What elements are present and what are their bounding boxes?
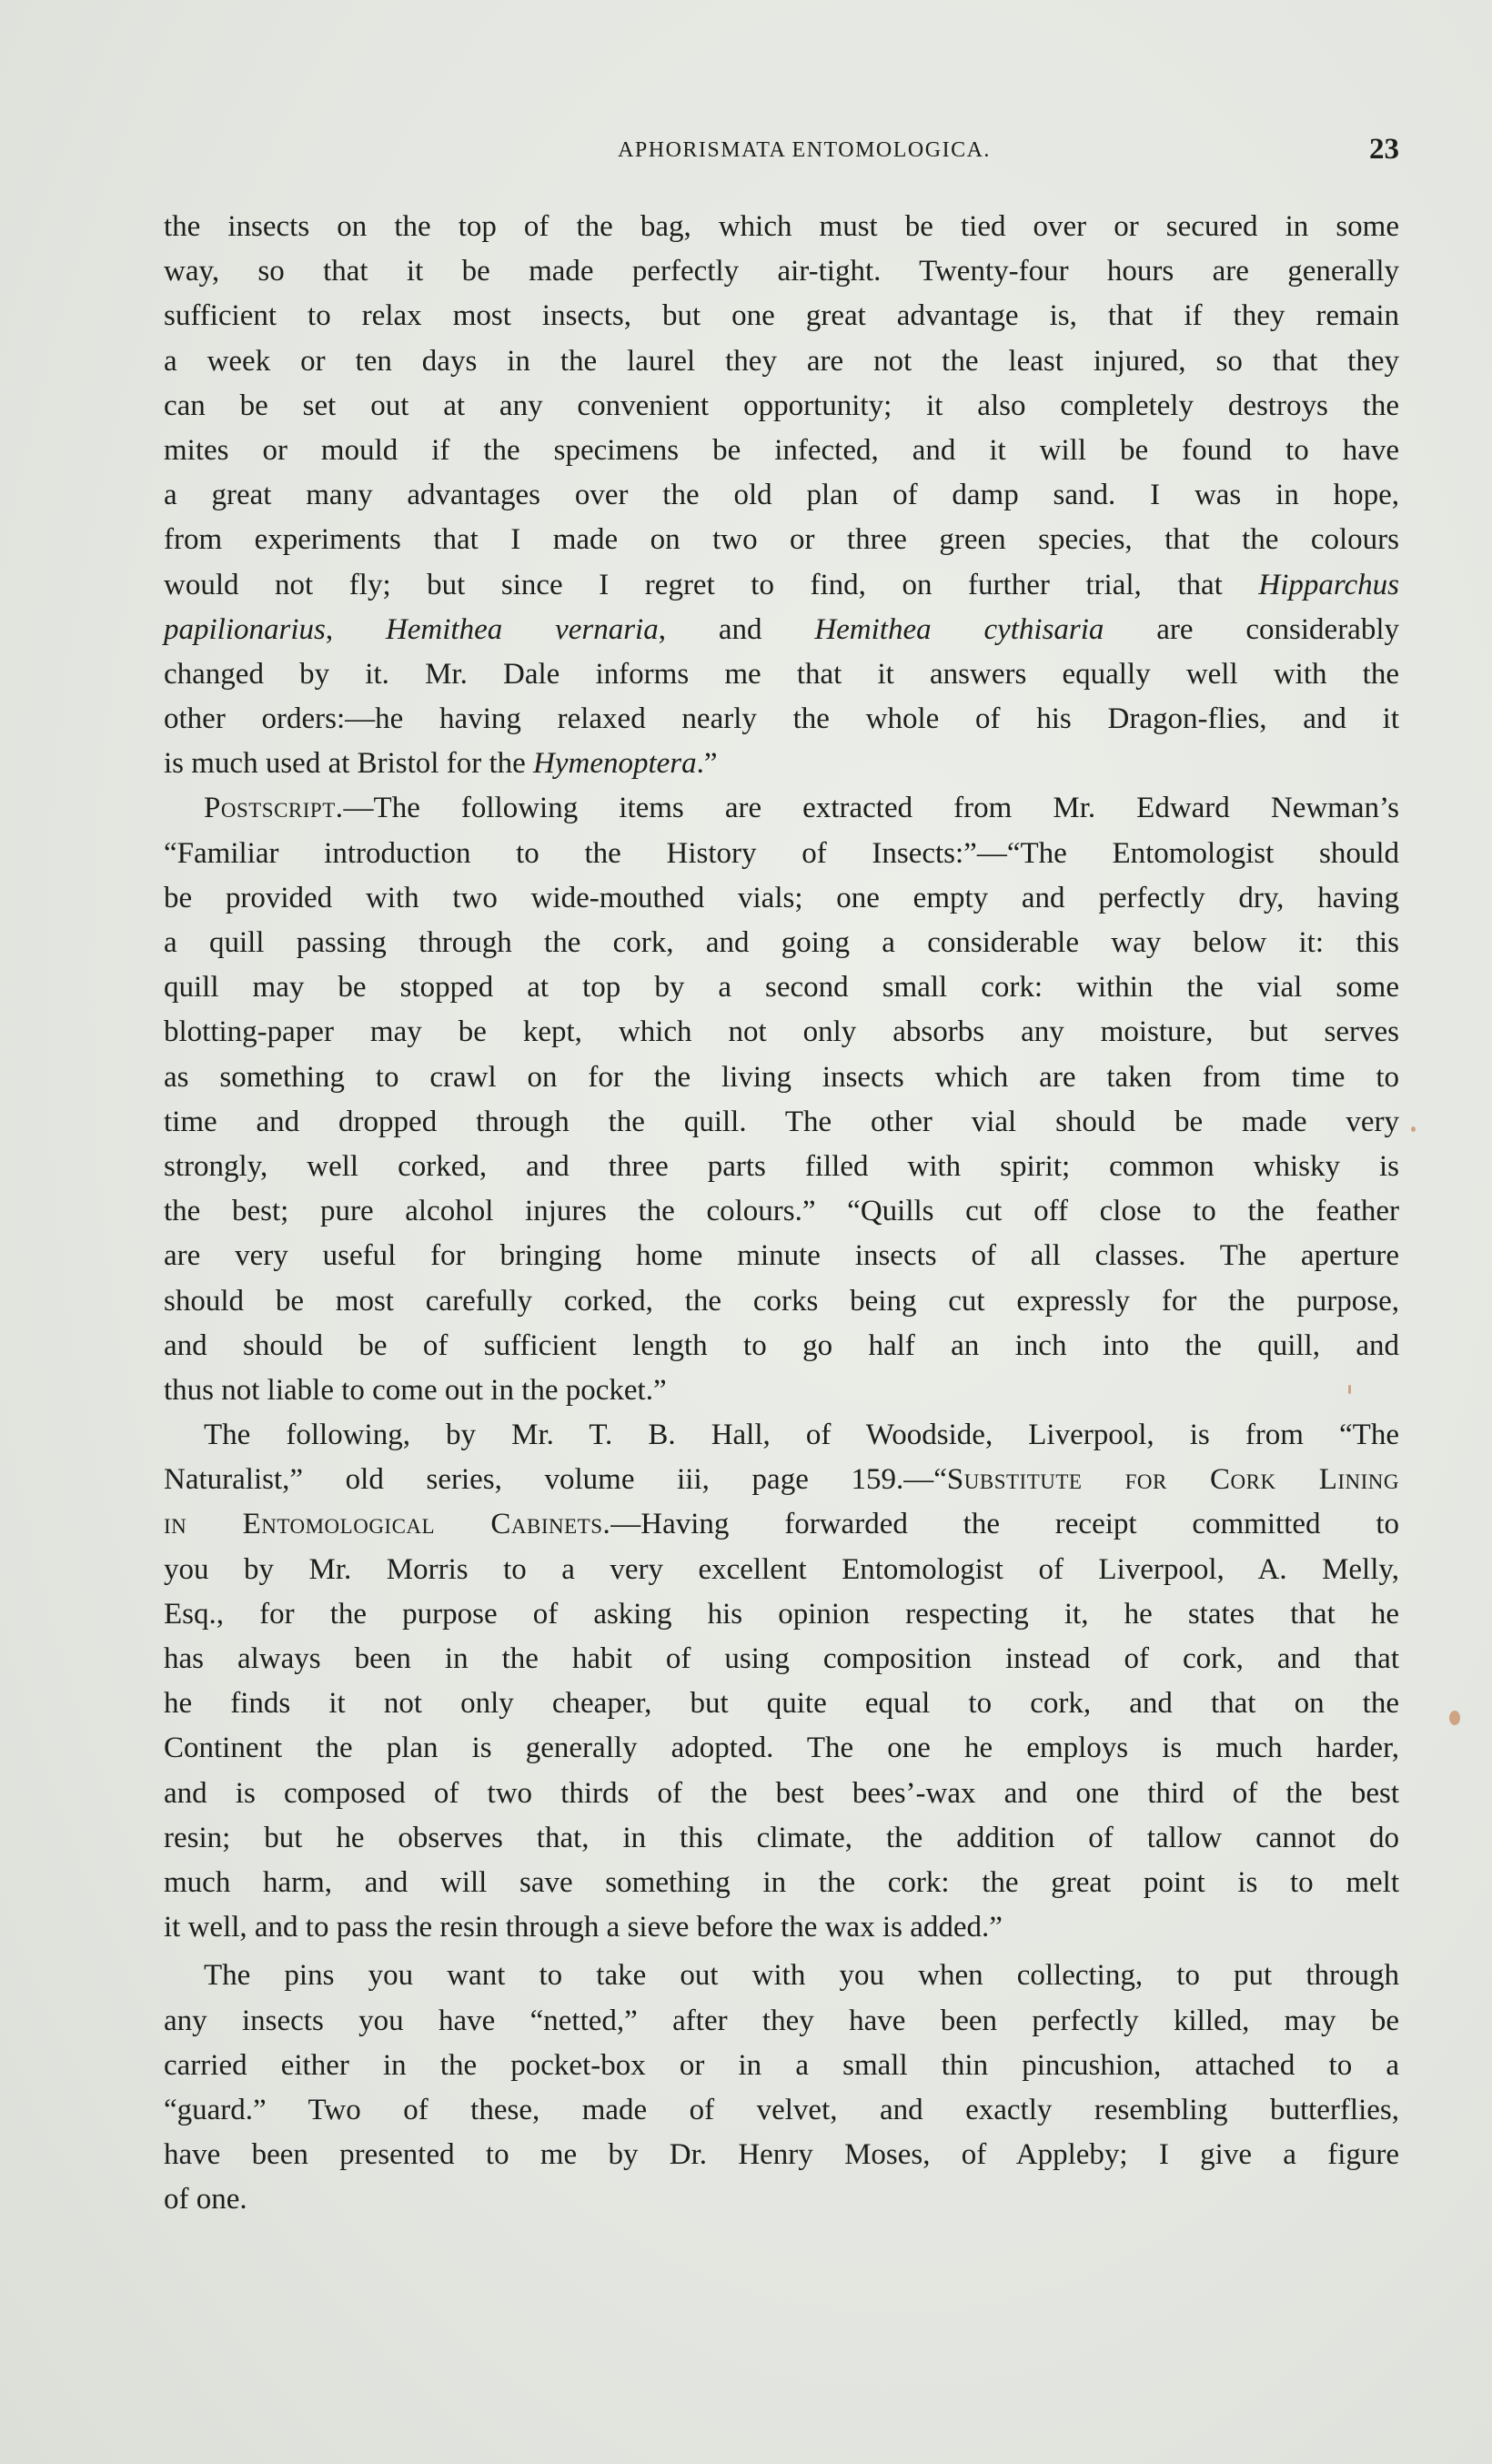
text-line: changed by it. Mr. Dale informs me that … xyxy=(164,652,1399,697)
text-line: he finds it not only cheaper, but quite … xyxy=(164,1681,1399,1726)
text-line: much harm, and will save something in th… xyxy=(164,1861,1399,1905)
text-line: resin; but he observes that, in this cli… xyxy=(164,1816,1399,1861)
page-number: 23 xyxy=(1369,133,1399,167)
text-line: time and dropped through the quill. The … xyxy=(164,1100,1399,1145)
text-line: other orders:—he having relaxed nearly t… xyxy=(164,697,1399,742)
paragraph-1: the insects on the top of the bag, which… xyxy=(164,205,1399,786)
species-name: Hipparchus xyxy=(1258,569,1399,601)
text-line: quill may be stopped at top by a second … xyxy=(164,965,1399,1010)
text-line: sufficient to relax most insects, but on… xyxy=(164,294,1399,338)
paper-speck xyxy=(1411,1126,1416,1132)
text-line: Continent the plan is generally adopted.… xyxy=(164,1726,1399,1771)
text-line: a great many advantages over the old pla… xyxy=(164,473,1399,518)
book-page: APHORISMATA ENTOMOLOGICA. 23 the insects… xyxy=(0,0,1492,2464)
text-run: would not fly; but since I regret to fin… xyxy=(164,569,1258,601)
text-line: from experiments that I made on two or t… xyxy=(164,518,1399,562)
text-line: Naturalist,” old series, volume iii, pag… xyxy=(164,1458,1399,1502)
paragraph-postscript: Postscript.—The following items are extr… xyxy=(164,786,1399,1413)
taxon-name: Hymenoptera xyxy=(533,747,697,780)
text-line: “guard.” Two of these, made of velvet, a… xyxy=(164,2088,1399,2133)
text-line: and should be of sufficient length to go… xyxy=(164,1324,1399,1368)
text-line: blotting-paper may be kept, which not on… xyxy=(164,1010,1399,1055)
text-line: the insects on the top of the bag, which… xyxy=(164,205,1399,249)
text-line: has always been in the habit of using co… xyxy=(164,1637,1399,1681)
postscript-label: Postscript. xyxy=(204,792,344,824)
text-line: is much used at Bristol for the Hymenopt… xyxy=(164,742,1399,786)
text-line: in Entomological Cabinets.—Having forwar… xyxy=(164,1502,1399,1547)
text-line: any insects you have “netted,” after the… xyxy=(164,1999,1399,2044)
paragraph-pins: The pins you want to take out with you w… xyxy=(164,1954,1399,2222)
text-run: —The following items are extracted from … xyxy=(344,792,1399,824)
text-line: have been presented to me by Dr. Henry M… xyxy=(164,2133,1399,2177)
species-name: Hemithea vernaria xyxy=(386,613,659,646)
species-name: Hemithea cythisaria xyxy=(814,613,1104,646)
text-line: are very useful for bringing home minute… xyxy=(164,1234,1399,1278)
text-run: —Having forwarded the receipt committed … xyxy=(610,1508,1399,1540)
text-run: is much used at Bristol for the xyxy=(164,747,533,780)
text-line: carried either in the pocket-box or in a… xyxy=(164,2044,1399,2088)
text-run: , xyxy=(326,613,386,646)
text-line: of one. xyxy=(164,2177,1399,2222)
body-text: the insects on the top of the bag, which… xyxy=(164,205,1399,2222)
text-line: The following, by Mr. T. B. Hall, of Woo… xyxy=(164,1413,1399,1458)
text-line: thus not liable to come out in the pocke… xyxy=(164,1368,1399,1413)
text-line: can be set out at any convenient opportu… xyxy=(164,384,1399,429)
text-line: “Familiar introduction to the History of… xyxy=(164,832,1399,876)
text-line: it well, and to pass the resin through a… xyxy=(164,1905,1399,1950)
text-line: papilionarius, Hemithea vernaria, and He… xyxy=(164,608,1399,652)
paper-speck xyxy=(1348,1385,1351,1394)
running-title: APHORISMATA ENTOMOLOGICA. xyxy=(164,138,1399,163)
text-line: a week or ten days in the laurel they ar… xyxy=(164,339,1399,384)
text-line: The pins you want to take out with you w… xyxy=(164,1954,1399,1998)
text-line: Postscript.—The following items are extr… xyxy=(164,786,1399,831)
text-line: would not fly; but since I regret to fin… xyxy=(164,563,1399,608)
section-heading: in Entomological Cabinets. xyxy=(164,1508,610,1540)
paragraph-hall: The following, by Mr. T. B. Hall, of Woo… xyxy=(164,1413,1399,1950)
text-line: and is composed of two thirds of the bes… xyxy=(164,1772,1399,1816)
text-line: strongly, well corked, and three parts f… xyxy=(164,1145,1399,1189)
text-line: Esq., for the purpose of asking his opin… xyxy=(164,1592,1399,1637)
text-run: .” xyxy=(697,747,718,780)
text-line: as something to crawl on for the living … xyxy=(164,1055,1399,1100)
text-line: should be most carefully corked, the cor… xyxy=(164,1279,1399,1324)
text-line: you by Mr. Morris to a very excellent En… xyxy=(164,1548,1399,1592)
running-head: APHORISMATA ENTOMOLOGICA. 23 xyxy=(164,133,1399,169)
text-line: be provided with two wide-mouthed vials;… xyxy=(164,876,1399,921)
text-run: are considerably xyxy=(1104,613,1399,646)
text-line: the best; pure alcohol injures the colou… xyxy=(164,1189,1399,1234)
text-run: , and xyxy=(659,613,815,646)
species-name: papilionarius xyxy=(164,613,326,646)
paper-speck xyxy=(1449,1711,1460,1725)
text-line: mites or mould if the specimens be infec… xyxy=(164,429,1399,473)
section-heading: Substitute for Cork Lining xyxy=(947,1463,1399,1496)
text-line: way, so that it be made perfectly air-ti… xyxy=(164,249,1399,294)
text-run: Naturalist,” old series, volume iii, pag… xyxy=(164,1463,947,1496)
text-line: a quill passing through the cork, and go… xyxy=(164,921,1399,965)
